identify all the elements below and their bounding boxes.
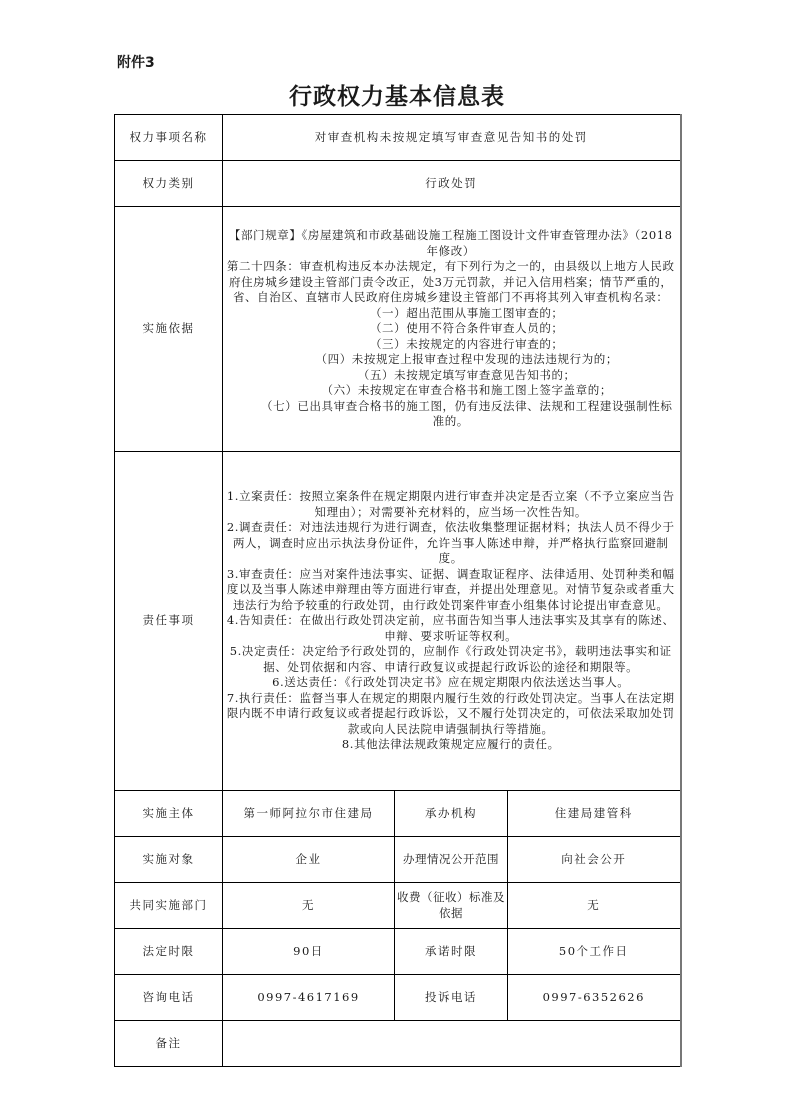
basis-item: （七）已出具审查合格书的施工图，仍有违反法律、法规和工程建设强制性标准的。: [226, 399, 676, 430]
complaint-phone-value: 0997-6352626: [508, 975, 681, 1021]
complaint-phone-label: 投诉电话: [395, 975, 508, 1021]
subject-label: 实施主体: [115, 791, 223, 837]
row-target: 实施对象 企业 办理情况公开范围 向社会公开: [115, 837, 681, 883]
consult-phone-label: 咨询电话: [115, 975, 223, 1021]
disclosure-scope-value: 向社会公开: [508, 837, 681, 883]
responsibility-item: 4.告知责任：在做出行政处罚决定前，应书面告知当事人违法事实及其享有的陈述、申辩…: [226, 613, 676, 644]
basis-content: 【部门规章】《房屋建筑和市政基础设施工程施工图设计文件审查管理办法》（2018年…: [223, 207, 681, 452]
category-value: 行政处罚: [223, 161, 681, 207]
remark-value: [223, 1021, 681, 1067]
responsibility-item: 3.审查责任：应当对案件违法事实、证据、调查取证程序、法律适用、处罚种类和幅度以…: [226, 567, 676, 614]
basis-item: （五）未按规定填写审查意见告知书的；: [226, 368, 676, 384]
consult-phone-value: 0997-4617169: [223, 975, 395, 1021]
promised-limit-label: 承诺时限: [395, 929, 508, 975]
page-title: 行政权力基本信息表: [0, 78, 794, 111]
handling-org-label: 承办机构: [395, 791, 508, 837]
joint-dept-value: 无: [223, 883, 395, 929]
row-phone: 咨询电话 0997-4617169 投诉电话 0997-6352626: [115, 975, 681, 1021]
basis-label: 实施依据: [115, 207, 223, 452]
name-label: 权力事项名称: [115, 115, 223, 161]
basis-item: （二）使用不符合条件审查人员的；: [226, 321, 676, 337]
legal-limit-label: 法定时限: [115, 929, 223, 975]
row-subject: 实施主体 第一师阿拉尔市住建局 承办机构 住建局建管科: [115, 791, 681, 837]
joint-dept-label: 共同实施部门: [115, 883, 223, 929]
row-remark: 备注: [115, 1021, 681, 1067]
basis-article: 第二十四条：审查机构违反本办法规定，有下列行为之一的，由县级以上地方人民政府住房…: [226, 259, 676, 306]
promised-limit-value: 50个工作日: [508, 929, 681, 975]
responsibility-item: 7.执行责任：监督当事人在规定的期限内履行生效的行政处罚决定。当事人在法定期限内…: [226, 691, 676, 738]
disclosure-scope-label: 办理情况公开范围: [395, 837, 508, 883]
row-responsibility: 责任事项 1.立案责任：按照立案条件在规定期限内进行审查并决定是否立案（不予立案…: [115, 452, 681, 791]
basis-item: （三）未按规定的内容进行审查的；: [226, 337, 676, 353]
row-basis: 实施依据 【部门规章】《房屋建筑和市政基础设施工程施工图设计文件审查管理办法》（…: [115, 207, 681, 452]
responsibility-item: 2.调查责任：对违法违规行为进行调查，依法收集整理证据材料；执法人员不得少于两人…: [226, 520, 676, 567]
category-label: 权力类别: [115, 161, 223, 207]
basis-item: （四）未按规定上报审查过程中发现的违法违规行为的；: [226, 352, 676, 368]
remark-label: 备注: [115, 1021, 223, 1067]
row-name: 权力事项名称 对审查机构未按规定填写审查意见告知书的处罚: [115, 115, 681, 161]
responsibility-item: 6.送达责任：《行政处罚决定书》应在规定期限内依法送达当事人。: [226, 675, 676, 691]
basis-intro: 【部门规章】《房屋建筑和市政基础设施工程施工图设计文件审查管理办法》（2018年…: [226, 228, 676, 259]
row-category: 权力类别 行政处罚: [115, 161, 681, 207]
fee-standard-value: 无: [508, 883, 681, 929]
responsibility-item: 5.决定责任：决定给予行政处罚的，应制作《行政处罚决定书》，载明违法事实和证据、…: [226, 644, 676, 675]
info-table: 权力事项名称 对审查机构未按规定填写审查意见告知书的处罚 权力类别 行政处罚 实…: [114, 114, 682, 1067]
fee-standard-label: 收费（征收）标准及依据: [395, 883, 508, 929]
legal-limit-value: 90日: [223, 929, 395, 975]
responsibility-item: 8.其他法律法规政策规定应履行的责任。: [226, 737, 676, 753]
name-value: 对审查机构未按规定填写审查意见告知书的处罚: [223, 115, 681, 161]
responsibility-content: 1.立案责任：按照立案条件在规定期限内进行审查并决定是否立案（不予立案应当告知理…: [223, 452, 681, 791]
row-joint: 共同实施部门 无 收费（征收）标准及依据 无: [115, 883, 681, 929]
basis-item: （六）未按规定在审查合格书和施工图上签字盖章的；: [226, 383, 676, 399]
handling-org-value: 住建局建管科: [508, 791, 681, 837]
attachment-label: 附件3: [117, 52, 155, 72]
row-limit: 法定时限 90日 承诺时限 50个工作日: [115, 929, 681, 975]
responsibility-item: 1.立案责任：按照立案条件在规定期限内进行审查并决定是否立案（不予立案应当告知理…: [226, 489, 676, 520]
responsibility-label: 责任事项: [115, 452, 223, 791]
target-value: 企业: [223, 837, 395, 883]
basis-item: （一）超出范围从事施工图审查的；: [226, 306, 676, 322]
subject-value: 第一师阿拉尔市住建局: [223, 791, 395, 837]
target-label: 实施对象: [115, 837, 223, 883]
